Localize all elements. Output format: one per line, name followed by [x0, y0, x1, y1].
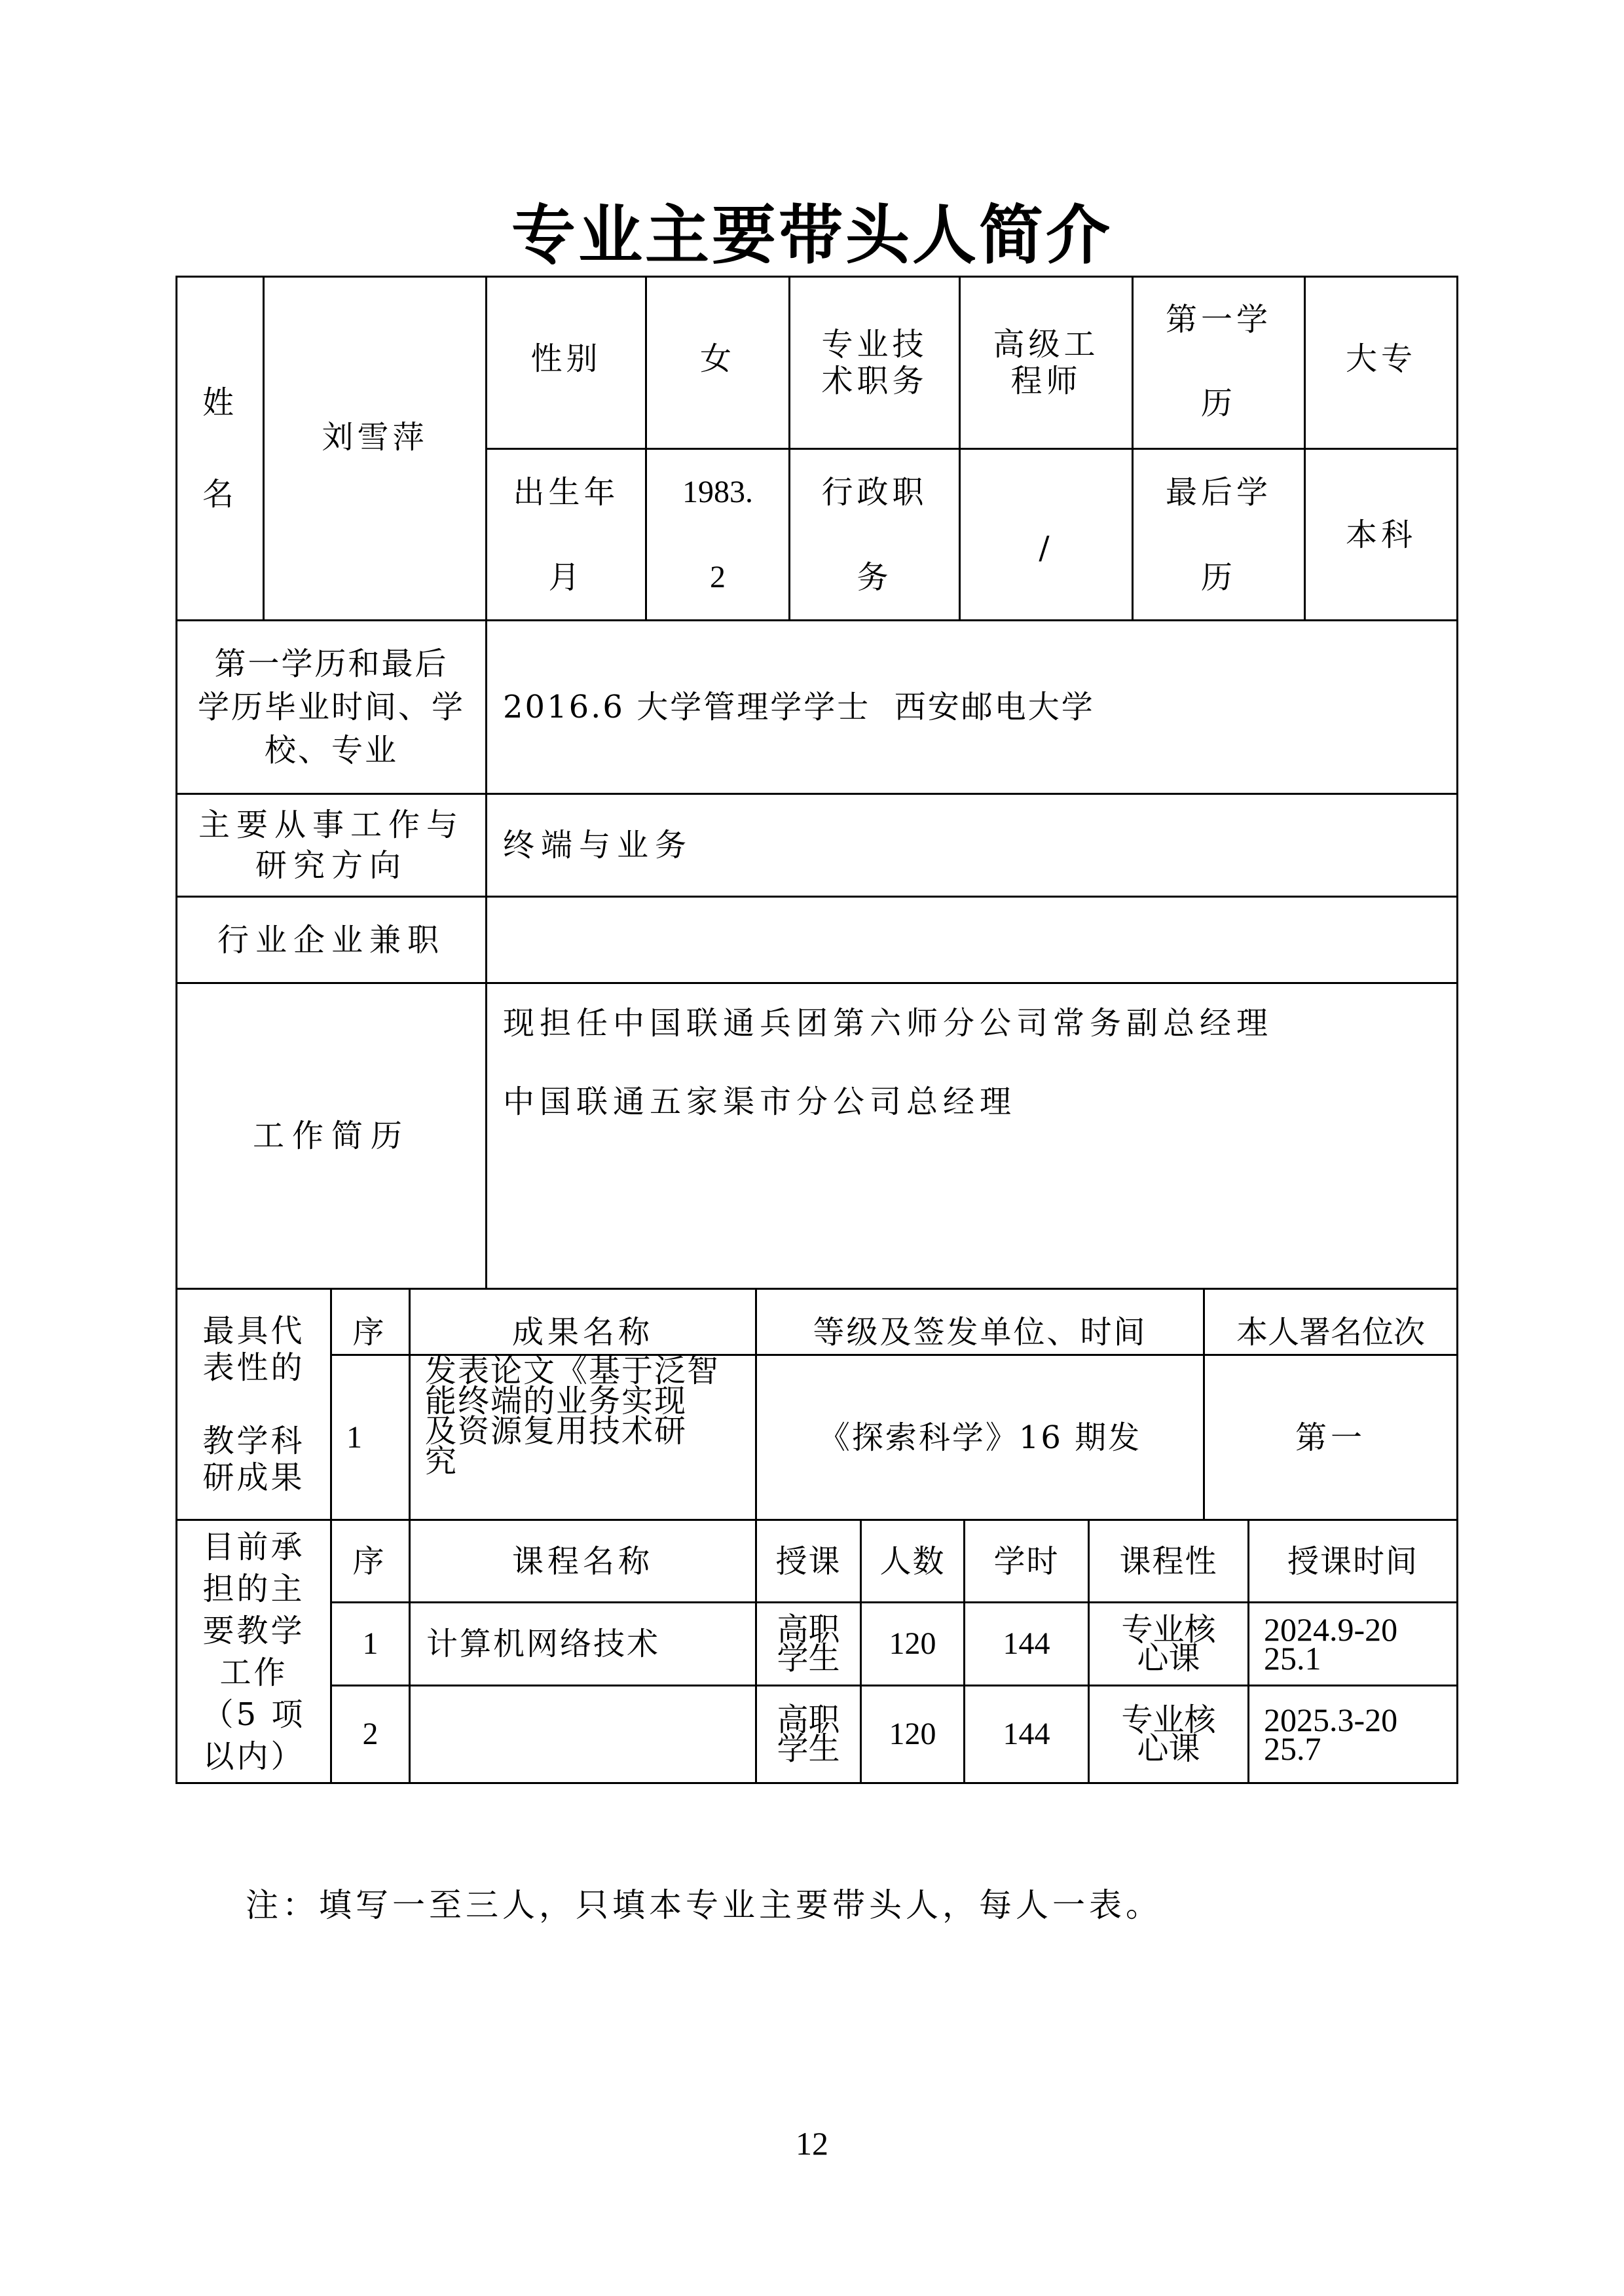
teaching-time-cell: 2024.9-20 25.1: [1247, 1601, 1458, 1686]
achievements-header-name: 成果名称: [409, 1288, 757, 1356]
achievement-level: 《探索科学》16 期发: [819, 1419, 1141, 1457]
header-label: 课程性: [1119, 1542, 1217, 1580]
teaching-label-line: （5 项: [202, 1694, 306, 1736]
first-degree-label-line: 第一学: [1166, 278, 1272, 361]
name-label-line: 姓: [202, 357, 238, 448]
admin-title-value: /: [1039, 529, 1053, 567]
name-label-cell: 姓 名: [175, 276, 265, 621]
research-label-line: 主要从事工作与: [198, 805, 464, 845]
header-label: 序: [352, 1313, 388, 1351]
birth-value-line: 2: [710, 535, 726, 620]
last-degree-value-cell: 本科: [1304, 448, 1458, 621]
tech-title-value-line: 高级工: [993, 326, 1099, 363]
education-label-line: 第一学历和最后: [214, 642, 448, 685]
part-time-value-cell: [485, 896, 1458, 984]
teaching-hours-cell: 144: [963, 1685, 1090, 1784]
header-label: 授课时间: [1287, 1542, 1418, 1580]
research-value-cell: 终端与业务: [485, 793, 1458, 898]
teaching-header-target: 授课: [755, 1519, 862, 1603]
achievements-label-cell: 最具代 表性的 教学科 研成果: [175, 1288, 332, 1521]
teaching-target-line: 学生: [777, 1644, 840, 1673]
header-label: 本人署名位次: [1236, 1313, 1425, 1351]
birth-value-line: 1983.: [682, 450, 753, 535]
teaching-label-cell: 目前承 担的主 要教学 工作 （5 项 以内）: [175, 1519, 332, 1784]
admin-title-label-line: 务: [857, 535, 892, 620]
teaching-header-time: 授课时间: [1247, 1519, 1458, 1603]
teaching-target-cell: 高职 学生: [755, 1685, 862, 1784]
admin-title-label-line: 行政职: [821, 450, 927, 535]
teaching-course-cell: [409, 1685, 757, 1784]
tech-title-label-line: 术职务: [821, 363, 927, 399]
achievement-name-line: 发表论文《基于泛智: [425, 1356, 720, 1386]
gender-label-cell: 性别: [485, 276, 647, 450]
name-value: 刘雪萍: [322, 418, 428, 456]
teaching-label-line: 以内）: [202, 1736, 304, 1777]
birth-label-line: 月: [548, 535, 583, 620]
teaching-target-cell: 高职 学生: [755, 1601, 862, 1686]
achievements-header-level: 等级及签发单位、时间: [755, 1288, 1205, 1356]
teaching-label-line: 要教学: [202, 1610, 304, 1652]
teaching-time-cell: 2025.3-20 25.7: [1247, 1685, 1458, 1784]
tech-title-value-cell: 高级工 程师: [959, 276, 1134, 450]
admin-title-label-cell: 行政职 务: [788, 448, 961, 621]
teaching-time-line: 25.1: [1264, 1644, 1321, 1673]
gender-value-cell: 女: [645, 276, 790, 450]
achievement-rank-cell: 第一: [1203, 1354, 1458, 1521]
research-label-cell: 主要从事工作与 研究方向: [175, 793, 487, 898]
first-degree-label-line: 历: [1201, 361, 1236, 445]
education-label-line: 校、专业: [265, 729, 398, 772]
last-degree-label-cell: 最后学 历: [1132, 448, 1306, 621]
achievement-seq: 1: [346, 1419, 362, 1457]
education-label-line: 学历毕业时间、学: [198, 685, 465, 729]
achievement-name-cell: 发表论文《基于泛智 能终端的业务实现 及资源复用技术研 究: [409, 1354, 757, 1521]
teaching-target-line: 学生: [777, 1734, 840, 1763]
achievements-label-line: 最具代: [202, 1313, 304, 1349]
teaching-nature-cell: 专业核 心课: [1088, 1685, 1249, 1784]
gender-value: 女: [700, 340, 735, 378]
work-history-label: 工作简历: [253, 1117, 410, 1155]
page-number: 12: [0, 2124, 1624, 2162]
achievement-name-line: 究: [425, 1446, 458, 1476]
achievements-header-seq: 序: [330, 1288, 411, 1356]
work-history-line: 现担任中国联通兵团第六师分公司常务副总经理: [503, 984, 1273, 1063]
header-label: 序: [352, 1542, 388, 1580]
part-time-label: 行业企业兼职: [217, 921, 445, 959]
achievement-rank: 第一: [1295, 1419, 1366, 1457]
last-degree-value: 本科: [1346, 516, 1416, 554]
header-label: 成果名称: [512, 1313, 654, 1351]
gender-label: 性别: [530, 340, 601, 378]
achievement-name-line: 能终端的业务实现: [425, 1386, 687, 1416]
header-label: 人数: [879, 1542, 945, 1580]
teaching-header-nature: 课程性: [1088, 1519, 1249, 1603]
first-degree-label-cell: 第一学 历: [1132, 276, 1306, 450]
teaching-count-cell: 120: [860, 1601, 965, 1686]
teaching-label-line: 担的主: [202, 1568, 304, 1610]
work-history-line: 中国联通五家渠市分公司总经理: [503, 1063, 1016, 1141]
teaching-count-cell: 120: [860, 1685, 965, 1784]
teaching-course-cell: 计算机网络技术: [409, 1601, 757, 1686]
last-degree-label-line: 历: [1201, 535, 1236, 620]
teaching-hours-cell: 144: [963, 1601, 1090, 1686]
first-degree-value-cell: 大专: [1304, 276, 1458, 450]
teaching-course: 计算机网络技术: [426, 1625, 660, 1663]
achievements-label-line: 教学科: [202, 1423, 304, 1459]
name-value-cell: 刘雪萍: [263, 276, 487, 621]
header-label: 课程名称: [512, 1542, 654, 1580]
teaching-header-hours: 学时: [963, 1519, 1090, 1603]
name-label-line: 名: [202, 448, 238, 540]
education-value: 2016.6 大学管理学学士 西安邮电大学: [503, 688, 1095, 726]
part-time-label-cell: 行业企业兼职: [175, 896, 487, 984]
birth-label-line: 出生年: [513, 450, 619, 535]
teaching-nature-line: 心课: [1137, 1734, 1200, 1763]
teaching-header-count: 人数: [860, 1519, 965, 1603]
achievement-level-cell: 《探索科学》16 期发: [755, 1354, 1205, 1521]
achievement-name-line: 及资源复用技术研: [425, 1416, 687, 1446]
teaching-seq: 1: [363, 1625, 378, 1663]
teaching-seq: 2: [363, 1715, 378, 1753]
achievement-seq-cell: 1: [330, 1354, 411, 1521]
birth-label-cell: 出生年 月: [485, 448, 647, 621]
teaching-label-line: 目前承: [202, 1526, 304, 1568]
work-history-label-cell: 工作简历: [175, 982, 487, 1290]
teaching-seq-cell: 1: [330, 1601, 411, 1686]
header-label: 学时: [993, 1542, 1059, 1580]
birth-value-cell: 1983. 2: [645, 448, 790, 621]
teaching-hours: 144: [1003, 1625, 1050, 1663]
teaching-time-line: 25.7: [1264, 1734, 1321, 1763]
research-value: 终端与业务: [503, 826, 693, 864]
first-degree-value: 大专: [1346, 340, 1416, 378]
achievements-header-rank: 本人署名位次: [1203, 1288, 1458, 1356]
last-degree-label-line: 最后学: [1166, 450, 1272, 535]
education-label-cell: 第一学历和最后 学历毕业时间、学 校、专业: [175, 619, 487, 795]
research-label-line: 研究方向: [255, 845, 407, 886]
teaching-header-seq: 序: [330, 1519, 411, 1603]
tech-title-label-cell: 专业技 术职务: [788, 276, 961, 450]
teaching-header-course: 课程名称: [409, 1519, 757, 1603]
teaching-count: 120: [889, 1625, 936, 1663]
footnote: 注：填写一至三人，只填本专业主要带头人，每人一表。: [246, 1886, 1162, 1925]
teaching-nature-cell: 专业核 心课: [1088, 1601, 1249, 1686]
work-history-value-cell: 现担任中国联通兵团第六师分公司常务副总经理 中国联通五家渠市分公司总经理: [485, 982, 1458, 1290]
teaching-seq-cell: 2: [330, 1685, 411, 1784]
header-label: 等级及签发单位、时间: [813, 1313, 1147, 1351]
page-title: 专业主要带头人简介: [0, 200, 1624, 272]
teaching-count: 120: [889, 1715, 936, 1753]
achievements-label-line: 研成果: [202, 1459, 304, 1496]
teaching-hours: 144: [1003, 1715, 1050, 1753]
teaching-label-line: 工作: [219, 1652, 287, 1694]
teaching-nature-line: 心课: [1137, 1644, 1200, 1673]
admin-title-value-cell: /: [959, 448, 1134, 621]
tech-title-value-line: 程师: [1010, 363, 1081, 399]
tech-title-label-line: 专业技: [821, 326, 927, 363]
achievements-label-line: 表性的: [202, 1349, 304, 1386]
header-label: 授课: [775, 1542, 841, 1580]
education-value-cell: 2016.6 大学管理学学士 西安邮电大学: [485, 619, 1458, 795]
